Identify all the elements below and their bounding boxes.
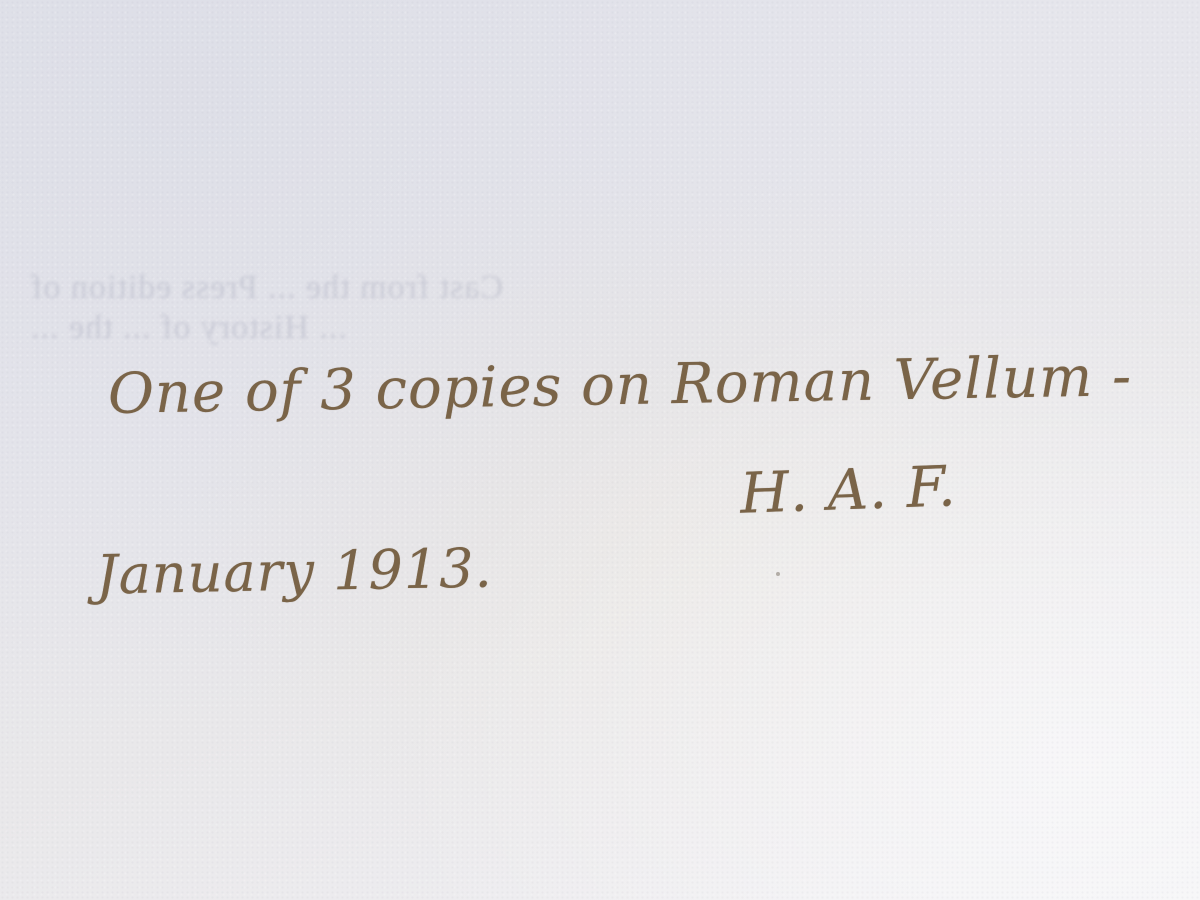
inscription-date: January 1913.: [95, 537, 493, 607]
inscription-signature: H. A. F.: [739, 454, 958, 527]
ink-speck: [776, 572, 780, 576]
show-through-line: ... History of ... the ...: [30, 308, 1010, 348]
paper-texture: [0, 0, 1200, 900]
show-through-line: Cast from the ... Press edition of: [30, 268, 1010, 308]
show-through-text: Cast from the ... Press edition of ... H…: [30, 268, 1010, 348]
vellum-page: Cast from the ... Press edition of ... H…: [0, 0, 1200, 900]
